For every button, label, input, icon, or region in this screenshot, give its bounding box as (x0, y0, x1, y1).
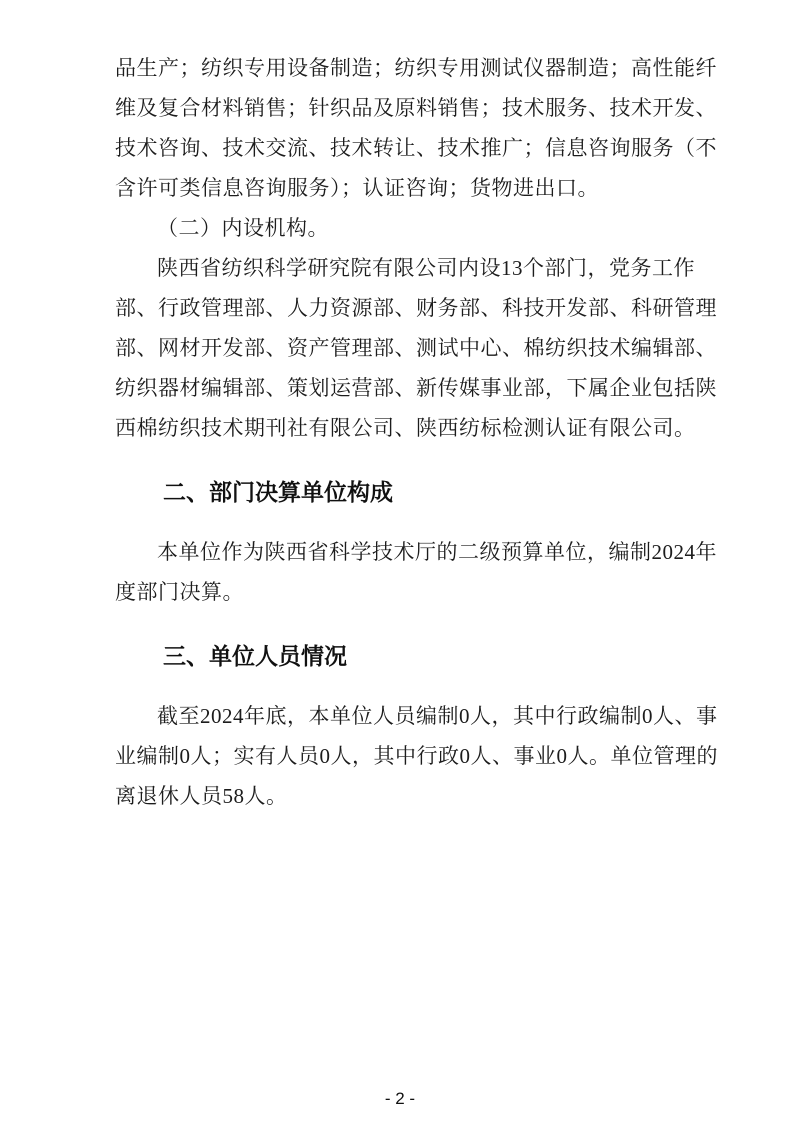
paragraph-personnel: 截至2024年底，本单位人员编制0人，其中行政编制0人、事 业编制0人；实有人员… (115, 696, 690, 816)
document-body: 品生产；纺织专用设备制造；纺织专用测试仪器制造；高性能纤 维及复合材料销售；针织… (115, 48, 690, 816)
text-line: 品生产；纺织专用设备制造；纺织专用测试仪器制造；高性能纤 (115, 48, 690, 88)
text-line: 业编制0人；实有人员0人，其中行政0人、事业0人。单位管理的 (115, 736, 690, 776)
text-line: 纺织器材编辑部、策划运营部、新传媒事业部，下属企业包括陕 (115, 368, 690, 408)
text-line: （二）内设机构。 (115, 208, 690, 248)
document-page: 品生产；纺织专用设备制造；纺织专用测试仪器制造；高性能纤 维及复合材料销售；针织… (0, 0, 800, 1131)
page-number: - 2 - (0, 1088, 800, 1110)
paragraph-business-scope: 品生产；纺织专用设备制造；纺织专用测试仪器制造；高性能纤 维及复合材料销售；针织… (115, 48, 690, 208)
text-line: 陕西省纺织科学研究院有限公司内设13个部门，党务工作 (115, 248, 690, 288)
text-line: 技术咨询、技术交流、技术转让、技术推广；信息咨询服务（不 (115, 128, 690, 168)
text-line: 部、网材开发部、资产管理部、测试中心、棉纺织技术编辑部、 (115, 328, 690, 368)
text-line: 本单位作为陕西省科学技术厅的二级预算单位，编制2024年 (115, 532, 690, 572)
text-line: 截至2024年底，本单位人员编制0人，其中行政编制0人、事 (115, 696, 690, 736)
section-heading-personnel: 三、单位人员情况 (115, 636, 690, 676)
text-line: 西棉纺织技术期刊社有限公司、陕西纺标检测认证有限公司。 (115, 408, 690, 448)
text-line: 含许可类信息咨询服务）；认证咨询；货物进出口。 (115, 168, 690, 208)
text-line: 度部门决算。 (115, 572, 690, 612)
section-heading-unit-composition: 二、部门决算单位构成 (115, 472, 690, 512)
text-line: 离退休人员58人。 (115, 776, 690, 816)
text-line: 部、行政管理部、人力资源部、财务部、科技开发部、科研管理 (115, 288, 690, 328)
paragraph-departments: 陕西省纺织科学研究院有限公司内设13个部门，党务工作 部、行政管理部、人力资源部… (115, 248, 690, 448)
paragraph-budget-unit: 本单位作为陕西省科学技术厅的二级预算单位，编制2024年 度部门决算。 (115, 532, 690, 612)
text-line: 维及复合材料销售；针织品及原料销售；技术服务、技术开发、 (115, 88, 690, 128)
paragraph-internal-structure-label: （二）内设机构。 (115, 208, 690, 248)
